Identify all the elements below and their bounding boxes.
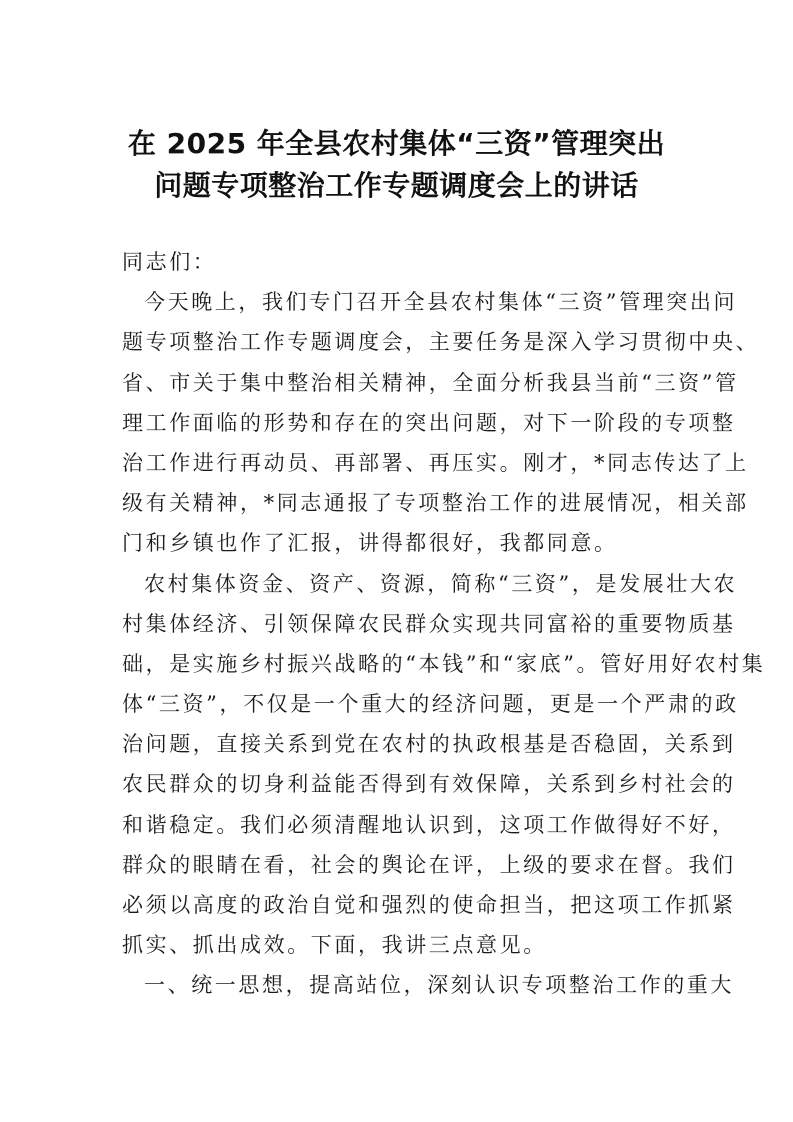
body-line: 农村集体资金、资产、资源，简称“三资”，是发展壮大农 xyxy=(122,564,678,604)
body-line: 础，是实施乡村振兴战略的“本钱”和“家底”。管好用好农村集 xyxy=(122,644,678,684)
body-line: 必须以高度的政治自觉和强烈的使命担当，把这项工作抓紧 xyxy=(122,885,678,925)
title-line-2: 问题专项整治工作专题调度会上的讲话 xyxy=(100,165,693,207)
document-page: 在 2025 年全县农村集体“三资”管理突出 问题专项整治工作专题调度会上的讲话… xyxy=(0,0,793,1122)
body-line: 级有关精神，*同志通报了专项整治工作的进展情况，相关部 xyxy=(122,483,678,523)
title-line-1: 在 2025 年全县农村集体“三资”管理突出 xyxy=(100,123,693,165)
body-line: 治工作进行再动员、再部署、再压实。刚才，*同志传达了上 xyxy=(122,443,678,483)
salutation: 同志们： xyxy=(122,242,678,282)
body-line: 村集体经济、引领保障农民群众实现共同富裕的重要物质基 xyxy=(122,604,678,644)
document-body: 同志们： 今天晚上，我们专门召开全县农村集体“三资”管理突出问 题专项整治工作专… xyxy=(122,242,678,1006)
body-line: 抓实、抓出成效。下面，我讲三点意见。 xyxy=(122,925,678,965)
section-heading-line: 一、统一思想，提高站位，深刻认识专项整治工作的重大 xyxy=(122,965,678,1005)
document-title: 在 2025 年全县农村集体“三资”管理突出 问题专项整治工作专题调度会上的讲话 xyxy=(100,123,693,207)
body-line: 省、市关于集中整治相关精神，全面分析我县当前“三资”管 xyxy=(122,363,678,403)
body-line: 体“三资”，不仅是一个重大的经济问题，更是一个严肃的政 xyxy=(122,684,678,724)
body-line: 门和乡镇也作了汇报，讲得都很好，我都同意。 xyxy=(122,523,678,563)
body-line: 治问题，直接关系到党在农村的执政根基是否稳固，关系到 xyxy=(122,724,678,764)
body-line: 理工作面临的形势和存在的突出问题，对下一阶段的专项整 xyxy=(122,403,678,443)
body-line: 题专项整治工作专题调度会，主要任务是深入学习贯彻中央、 xyxy=(122,322,678,362)
body-line: 今天晚上，我们专门召开全县农村集体“三资”管理突出问 xyxy=(122,282,678,322)
body-line: 群众的眼睛在看，社会的舆论在评，上级的要求在督。我们 xyxy=(122,845,678,885)
body-line: 农民群众的切身利益能否得到有效保障，关系到乡村社会的 xyxy=(122,764,678,804)
body-line: 和谐稳定。我们必须清醒地认识到，这项工作做得好不好， xyxy=(122,805,678,845)
